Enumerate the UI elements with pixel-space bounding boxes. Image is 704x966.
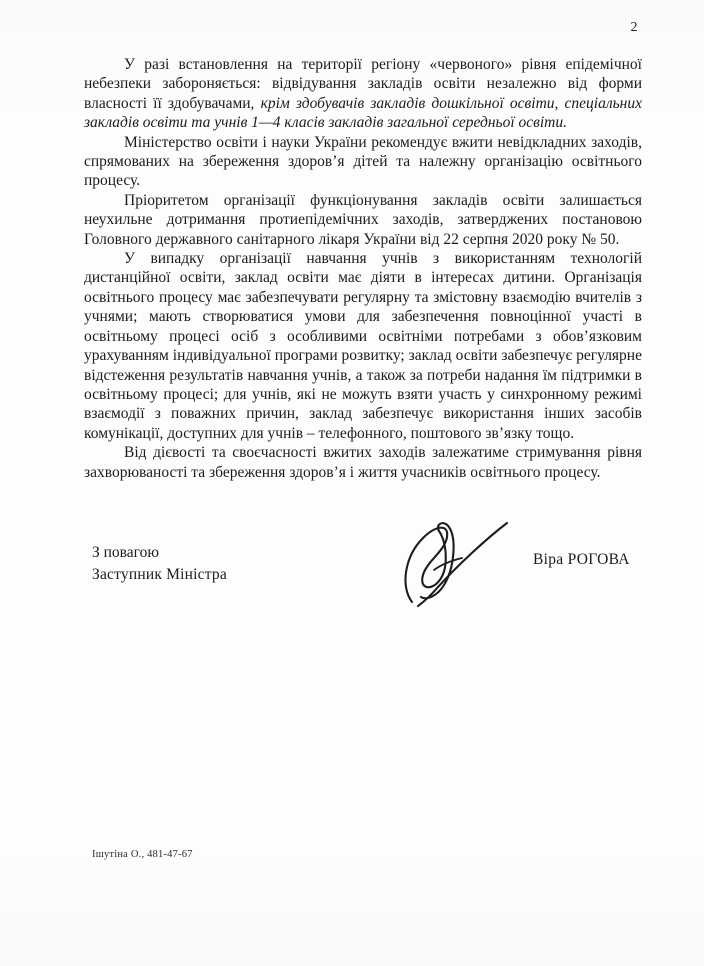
signature-scrawl xyxy=(396,516,514,610)
document-body: У разі встановлення на території регіону… xyxy=(84,55,642,482)
paragraph-text-run: Від дієвості та своєчасності вжитих захо… xyxy=(84,444,642,480)
paragraph: Міністерство освіти і науки України реко… xyxy=(84,133,642,191)
paragraph: У випадку організації навчання учнів з в… xyxy=(84,249,642,443)
footer-reference: Ішутіна О., 481-47-67 xyxy=(92,849,193,860)
closing-block: З повагою Заступник Міністра xyxy=(92,542,227,585)
paragraph-text-run: У випадку організації навчання учнів з в… xyxy=(84,250,642,442)
paragraph: Від дієвості та своєчасності вжитих захо… xyxy=(84,443,642,482)
paragraph: У разі встановлення на території регіону… xyxy=(84,55,642,133)
paragraph: Пріоритетом організації функціонування з… xyxy=(84,191,642,249)
paragraph-text-run: Міністерство освіти і науки України реко… xyxy=(84,134,642,190)
page-number: 2 xyxy=(631,20,639,36)
document-page: 2 У разі встановлення на території регіо… xyxy=(0,0,704,966)
closing-salutation: З повагою xyxy=(92,542,227,564)
signer-title: Заступник Міністра xyxy=(92,564,227,586)
signer-name: Віра РОГОВА xyxy=(533,551,630,569)
paragraph-text-run: Пріоритетом організації функціонування з… xyxy=(84,192,642,248)
signature-ink-icon xyxy=(396,516,514,610)
